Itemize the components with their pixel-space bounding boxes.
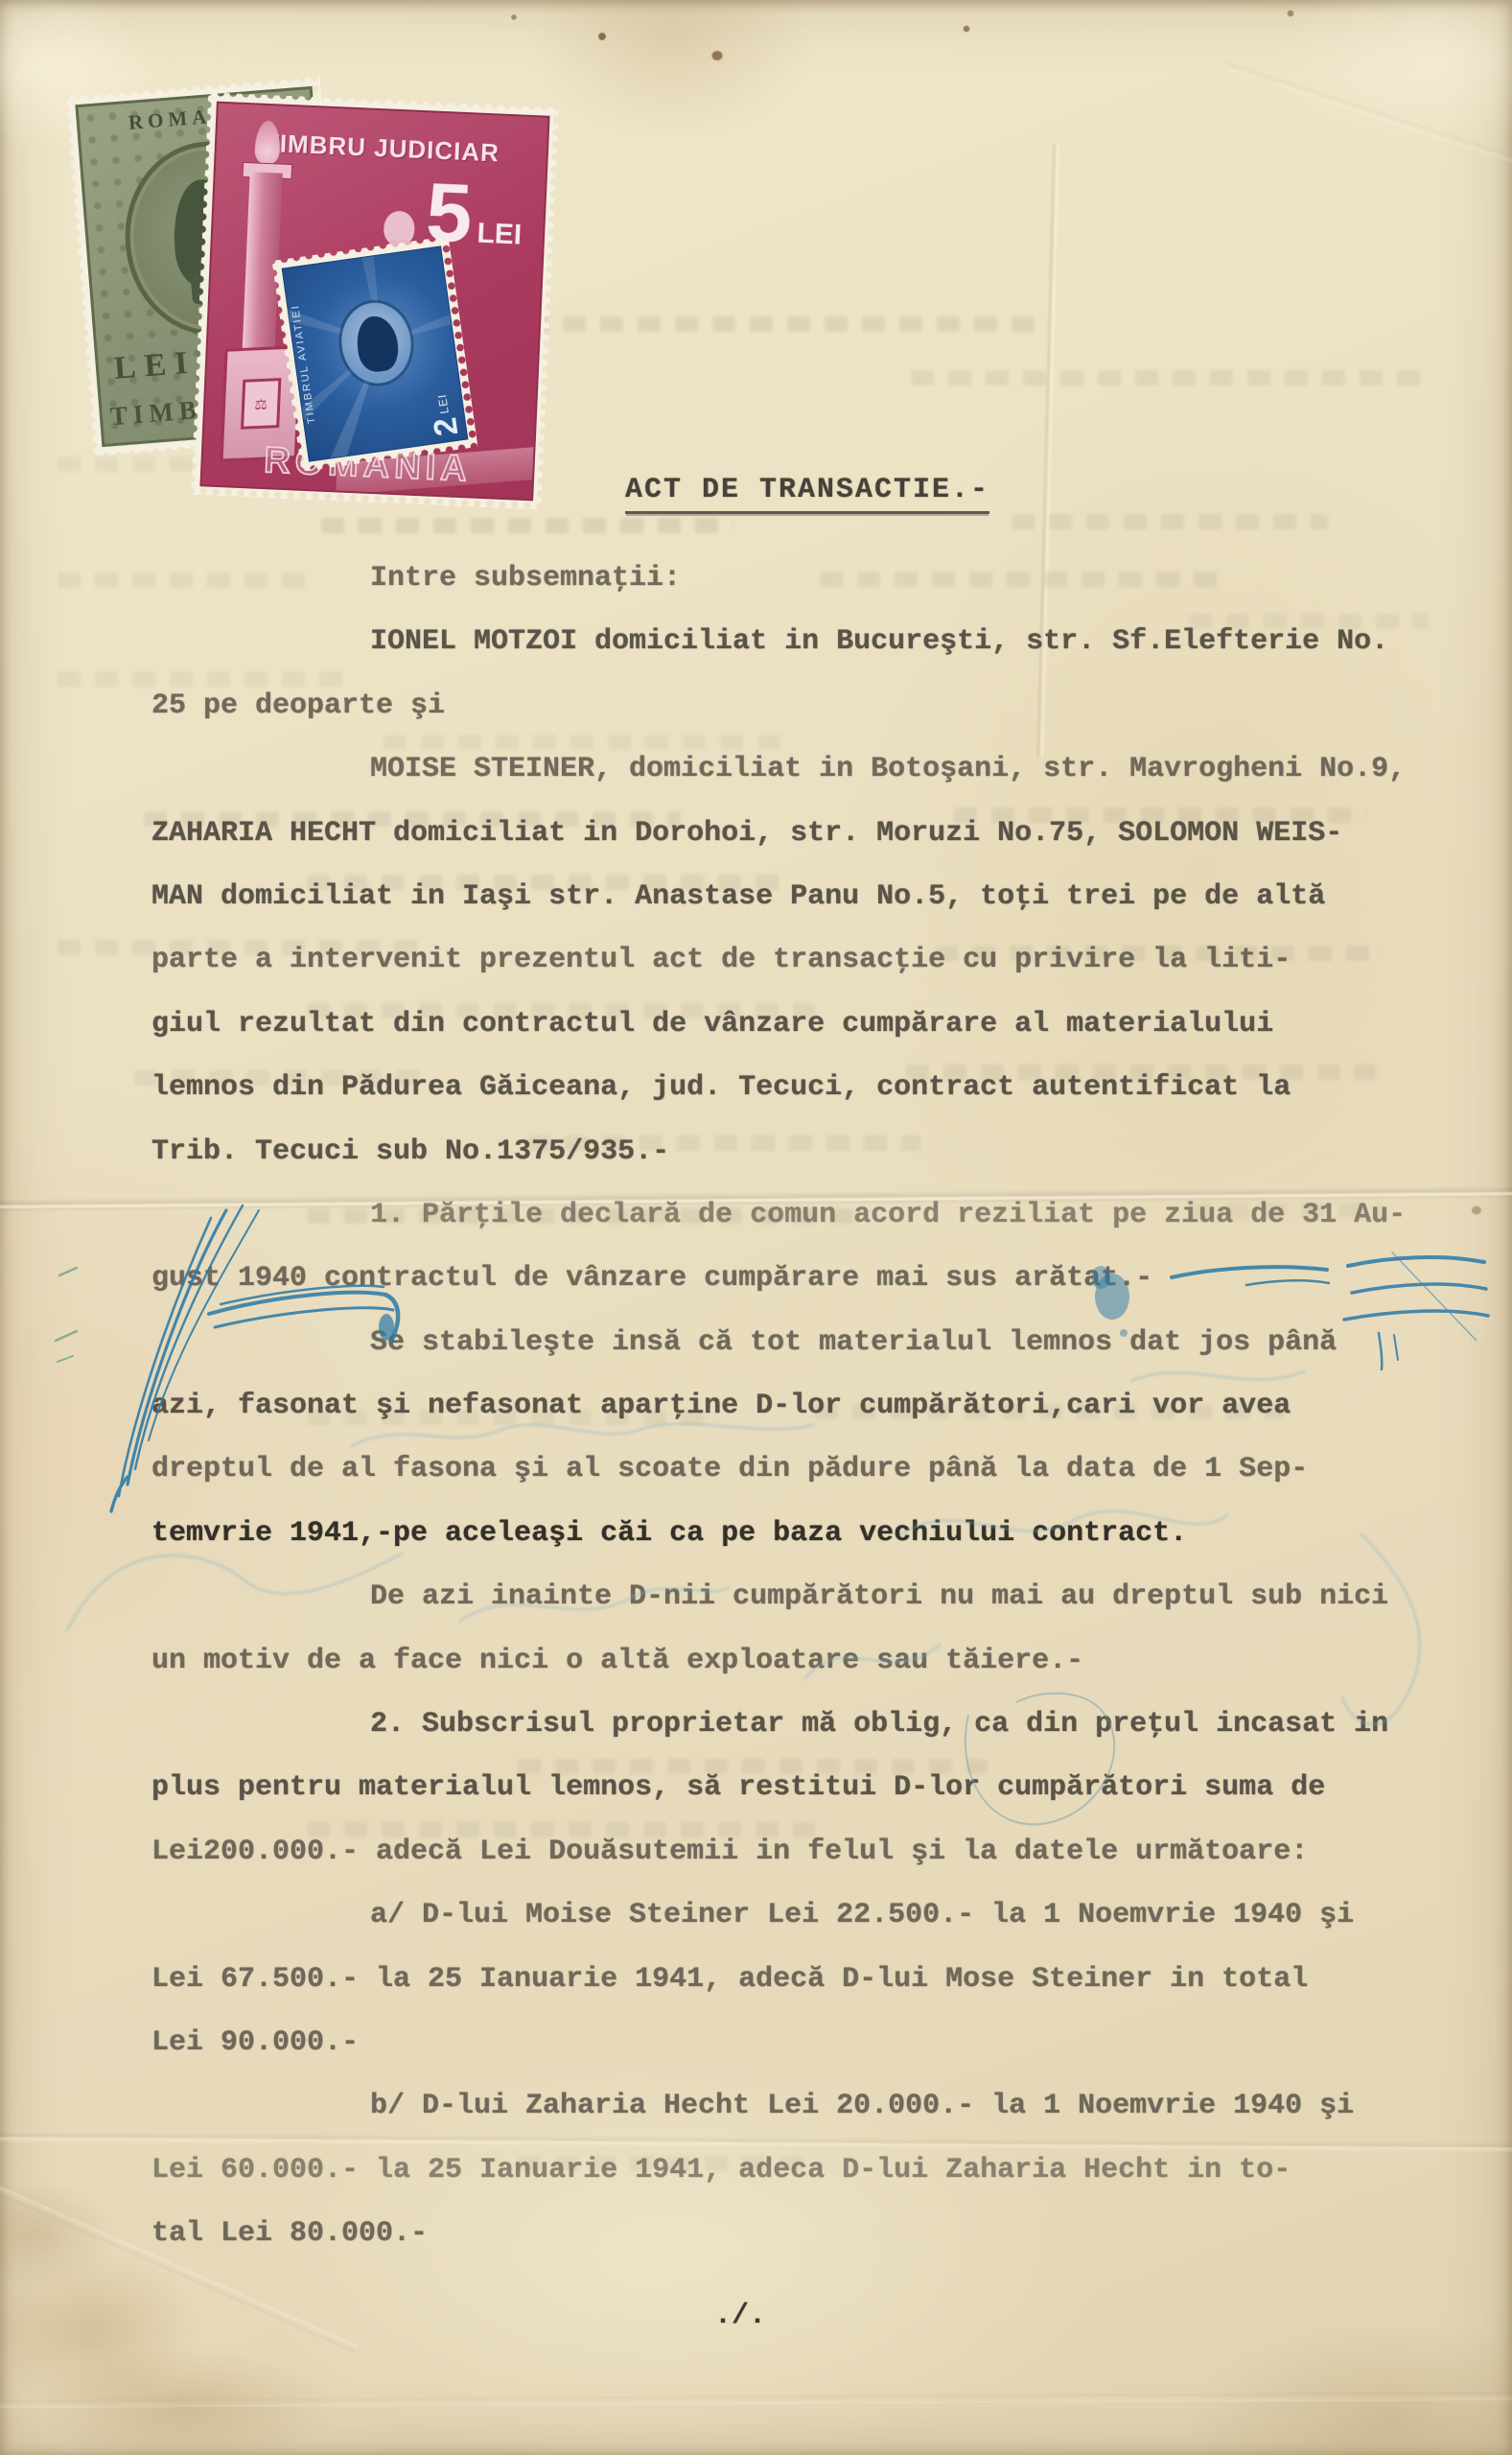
document-line: giul rezultat din contractul de vânzare …: [151, 993, 1427, 1056]
scales-emblem-icon: ⚖: [241, 378, 281, 430]
document-line: Se stabileşte insă că tot materialul lem…: [151, 1311, 1427, 1374]
document-line: Lei 67.500.- la 25 Ianuarie 1941, adecă …: [151, 1948, 1427, 2011]
document-line: un motiv de a face nici o altă exploatar…: [151, 1629, 1427, 1693]
torch-flame-art: [254, 120, 281, 165]
document-line: 1. Părţile declară de comun acord rezili…: [151, 1183, 1427, 1247]
document-line: Trib. Tecuci sub No.1375/935.-: [151, 1120, 1427, 1183]
aviator-head-silhouette: [354, 314, 402, 374]
document-line: IONEL MOTZOI domiciliat in Bucureşti, st…: [151, 610, 1427, 673]
document-line: a/ D-lui Moise Steiner Lei 22.500.- la 1…: [151, 1883, 1427, 1947]
horizontal-crease: [0, 2392, 1512, 2409]
document-line: temvrie 1941,-pe aceleaşi căi ca pe baza…: [151, 1502, 1427, 1565]
document-line: 25 pe deoparte şi: [151, 674, 1427, 737]
document-line: MAN domiciliat in Iaşi str. Anastase Pan…: [151, 865, 1427, 928]
edge-pen-ticks: [56, 1268, 77, 1362]
document-line: Lei 60.000.- la 25 Ianuarie 1941, adeca …: [151, 2139, 1427, 2202]
document-line: dreptul de al fasona şi al scoate din pă…: [151, 1438, 1427, 1501]
aviation-stamp-2-lei: TIMBRUL AVIATIEI 2LEI: [271, 236, 477, 472]
diagonal-crease: [1225, 62, 1512, 176]
document-line: azi, fasonat şi nefasonat aparţine D-lor…: [151, 1374, 1427, 1438]
document-line: 2. Subscrisul proprietar mă oblig, ca di…: [151, 1693, 1427, 1756]
document-lines: Intre subsemnaţii:IONEL MOTZOI domicilia…: [151, 547, 1427, 2266]
document-line: ZAHARIA HECHT domiciliat in Dorohoi, str…: [151, 802, 1427, 865]
end-mark: ./.: [714, 2300, 766, 2332]
document-line: De azi inainte D-nii cumpărători nu mai …: [151, 1565, 1427, 1628]
document-line: parte a intervenit prezentul act de tran…: [151, 928, 1427, 992]
document-line: lemnos din Pădurea Găiceana, jud. Tecuci…: [151, 1056, 1427, 1119]
document-line: tal Lei 80.000.-: [151, 2202, 1427, 2265]
bleedthrough-strip: [911, 370, 1429, 386]
document-line: gust 1940 contractul de vânzare cumpărar…: [151, 1247, 1427, 1310]
document-line: Lei200.000.- adecă Lei Douăsutemii in fe…: [151, 1820, 1427, 1883]
document-line: Lei 90.000.-: [151, 2011, 1427, 2074]
document-line: MOISE STEINER, domiciliat in Botoşani, s…: [151, 737, 1427, 801]
page-title: ACT DE TRANSACTIE.-: [625, 474, 989, 506]
bleedthrough-strip: [321, 518, 733, 533]
document-page: ROMANIA LEI 8 TIMBRU TIMBRU JUDICIAR 5LE…: [0, 0, 1512, 2455]
stamp-currency: LEI: [435, 393, 452, 415]
blue-stamp-art: TIMBRUL AVIATIEI 2LEI: [282, 245, 469, 461]
stamp-currency: LEI: [477, 218, 523, 251]
document-line: b/ D-lui Zaharia Hecht Lei 20.000.- la 1…: [151, 2074, 1427, 2138]
document-line: plus pentru materialul lemnos, să restit…: [151, 1756, 1427, 1819]
document-line: Intre subsemnaţii:: [151, 547, 1427, 610]
bleedthrough-strip: [1012, 514, 1328, 529]
